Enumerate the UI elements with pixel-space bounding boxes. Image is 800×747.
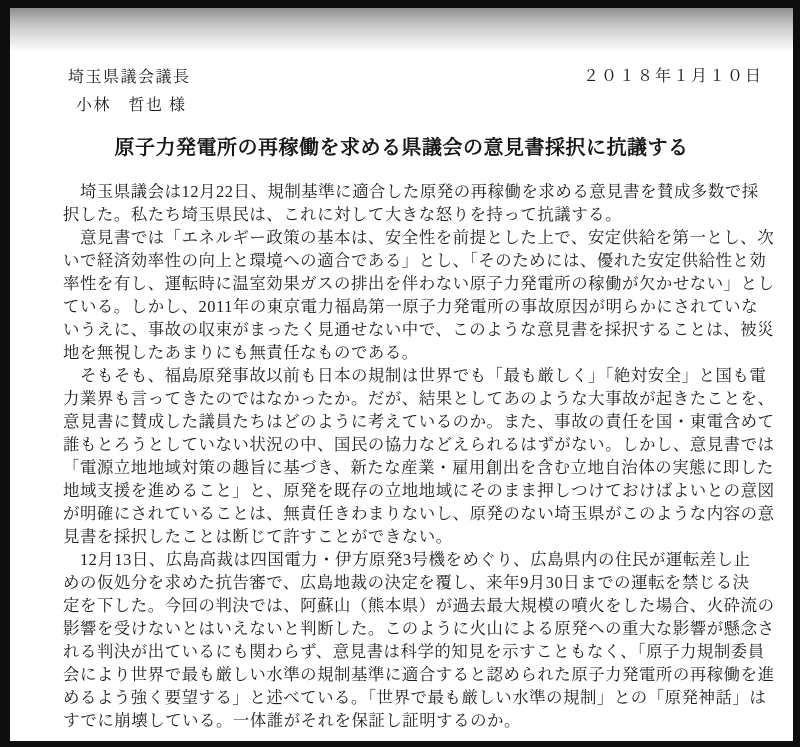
body-line: 率性を有し、運転時に温室効果ガスの排出を伴わない原子力発電所の稼働が欠かせない」… (63, 272, 753, 295)
body-line: 地を無視したあまりにも無責任なものである。 (63, 341, 753, 364)
scan-top-shadow (10, 8, 793, 52)
body-line: 択した。私たち埼玉県民は、これに対して大きな怒りを持って抗議する。 (63, 203, 753, 226)
body-line: 意見書では「エネルギー政策の基本は、安全性を前提とした上で、安定供給を第一とし、… (63, 226, 753, 249)
body-line: そもそも、福島原発事故以前も日本の規制は世界でも「最も厳しく」「絶対安全」と国も… (63, 364, 753, 387)
document-date: ２０１８年１月１０日 (583, 63, 763, 86)
body-line: ている。しかし、2011年の東京電力福島第一原子力発電所の事故原因が明らかにされ… (63, 295, 753, 318)
body-line: 影響を受けないとはいえないと判断した。このように火山による原発への重大な影響が懸… (63, 617, 753, 640)
body-line: めるよう強く要望する」と述べている。「世界で最も厳しい水準の規制」との「原発神話… (63, 686, 753, 709)
recipient-title: 埼玉県議会議長 (68, 64, 191, 87)
body-line: れる判決が出ているにも関わらず、意見書は科学的知見を示すこともなく、「原子力規制… (63, 640, 753, 663)
document-body: 埼玉県議会は12月22日、規制基準に適合した原発の再稼働を求める意見書を賛成多数… (63, 180, 753, 732)
body-line: 誰もとろうとしていない状況の中、国民の協力などえられるはずがない。しかし、意見書… (63, 433, 753, 456)
body-paragraph: 埼玉県議会は12月22日、規制基準に適合した原発の再稼働を求める意見書を賛成多数… (63, 180, 753, 226)
body-line: が明確にされていることは、無責任きわまりないし、原発のない埼玉県がこのような内容… (63, 502, 753, 525)
body-line: 見書を採択したことは断じて許すことができない。 (63, 525, 753, 548)
body-line: いで経済効率性の向上と環境への適合である」とし、「そのためには、優れた安定供給性… (63, 249, 753, 272)
body-line: めの仮処分を求めた抗告審で、広島地裁の決定を覆し、来年9月30日までの運転を禁じ… (63, 571, 753, 594)
document-title: 原子力発電所の再稼働を求める県議会の意見書採択に抗議する (10, 131, 793, 160)
body-line: 12月13日、広島高裁は四国電力・伊方原発3号機をめぐり、広島県内の住民が運転差… (63, 548, 753, 571)
body-line: 「電源立地地域対策の趣旨に基づき、新たな産業・雇用創出を含む立地自治体の実態に即… (63, 456, 753, 479)
body-paragraph: 12月13日、広島高裁は四国電力・伊方原発3号機をめぐり、広島県内の住民が運転差… (63, 548, 753, 732)
body-line: 地域支援を進めること」と、原発を既存の立地地域にそのまま押しつけておけばよいとの… (63, 479, 753, 502)
body-paragraph: 意見書では「エネルギー政策の基本は、安全性を前提とした上で、安定供給を第一とし、… (63, 226, 753, 364)
body-line: すでに崩壊している。一体誰がそれを保証し証明するのか。 (63, 709, 753, 732)
body-line: 埼玉県議会は12月22日、規制基準に適合した原発の再稼働を求める意見書を賛成多数… (63, 180, 753, 203)
body-paragraph: そもそも、福島原発事故以前も日本の規制は世界でも「最も厳しく」「絶対安全」と国も… (63, 364, 753, 548)
body-line: 意見書に賛成した議員たちはどのように考えているのか。また、事故の責任を国・東電含… (63, 410, 753, 433)
body-line: 定を下した。今回の判決では、阿蘇山（熊本県）が過去最大規模の噴火をした場合、火砕… (63, 594, 753, 617)
scanned-document-frame: 埼玉県議会議長 ２０１８年１月１０日 小林 哲也 様 原子力発電所の再稼働を求め… (0, 0, 800, 747)
body-line: 会により世界で最も厳しい水準の規制基準に適合すると認められた原子力発電所の再稼働… (63, 663, 753, 686)
recipient-name: 小林 哲也 様 (76, 92, 187, 115)
document-page: 埼玉県議会議長 ２０１８年１月１０日 小林 哲也 様 原子力発電所の再稼働を求め… (10, 8, 793, 741)
body-line: 力業界も言ってきたのではなかったか。だが、結果としてあのような大事故が起きたこと… (63, 387, 753, 410)
body-line: いうえに、事故の収束がまったく見通せない中で、このような意見書を採択することは、… (63, 318, 753, 341)
